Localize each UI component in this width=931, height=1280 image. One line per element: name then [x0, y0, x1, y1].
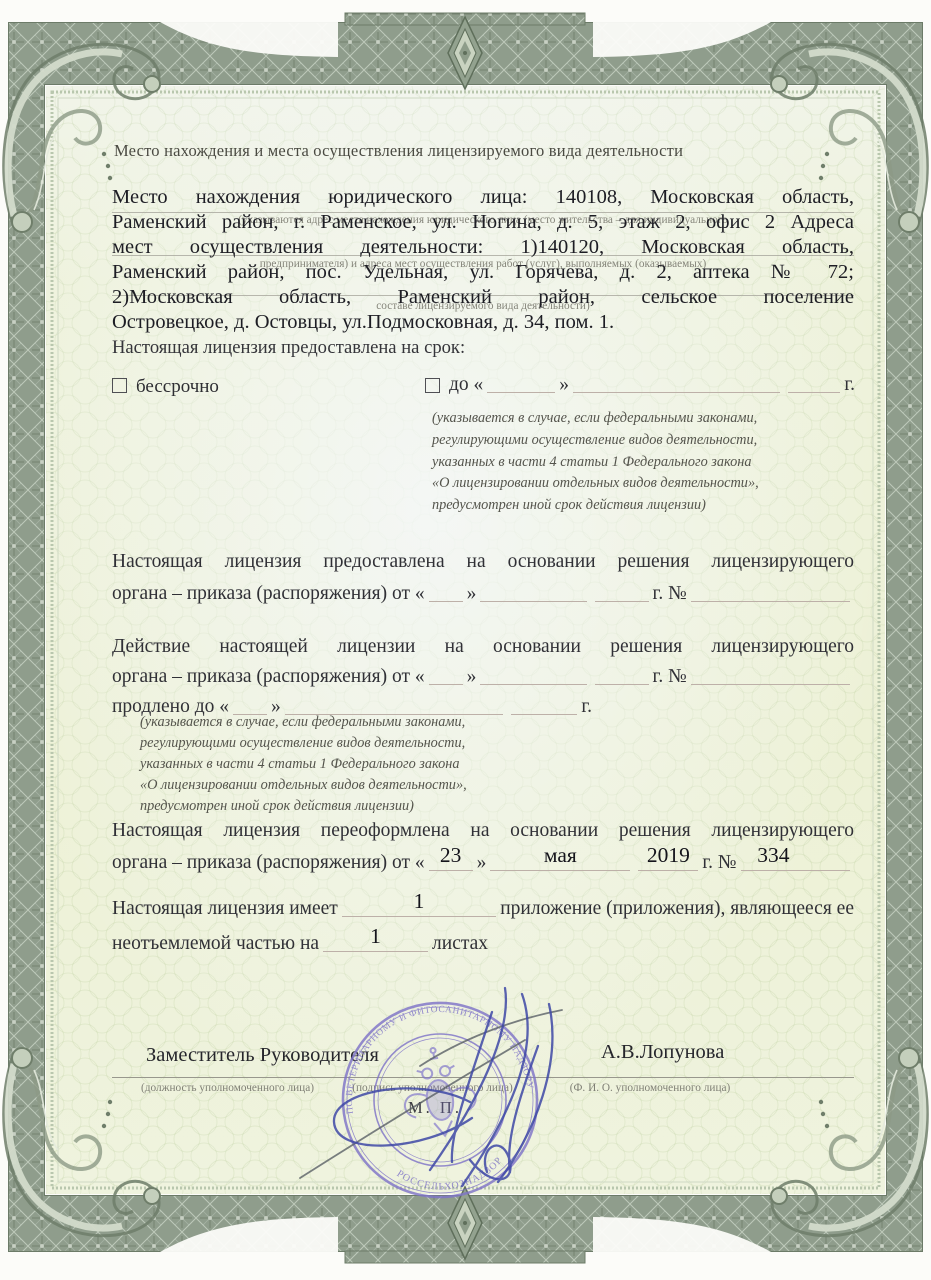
license-document-page: Место нахождения и места осуществления л… [0, 0, 931, 1280]
blank-field [691, 586, 850, 602]
position-caption: (должность уполномоченного лица) [115, 1082, 340, 1094]
blank-field [595, 669, 649, 685]
address-line: Островецкое, д. Остовцы, ул.Подмосковная… [112, 310, 854, 335]
checkbox-indefinite: бессрочно [112, 376, 219, 398]
blank-field: 23 [429, 855, 473, 871]
checkbox-until: до « » г. [425, 374, 855, 396]
blank-field [487, 377, 555, 393]
prolonged-line1: Действие настоящей лицензии на основании… [112, 636, 854, 658]
blank-field: 334 [741, 855, 850, 871]
checkbox-icon [112, 378, 127, 393]
address-line: Место нахождения юридического лица: 1401… [112, 185, 854, 210]
address-line: 2)Московская область, Раменский район, с… [112, 285, 854, 310]
reissue-month: мая [544, 843, 577, 868]
prolonged-line2: органа – приказа (распоряжения) от « » г… [112, 666, 854, 688]
attachments-line1: Настоящая лицензия имеет 1 приложение (п… [112, 898, 854, 920]
blank-field [511, 699, 577, 715]
blank-field: 1 [342, 901, 496, 917]
blank-field: 2019 [638, 855, 698, 871]
blank-field [480, 586, 586, 602]
blank-field [691, 669, 850, 685]
sheet-count: 1 [370, 924, 381, 949]
blank-field: мая [490, 855, 630, 871]
blank-field: 1 [323, 936, 428, 952]
blank-field [595, 586, 649, 602]
signature-rule [112, 1077, 854, 1078]
reissued-line2: органа – приказа (распоряжения) от « 23 … [112, 852, 854, 874]
prolonged-note: (указывается в случае, если федеральными… [140, 712, 480, 817]
blank-field [573, 377, 780, 393]
address-line: Раменский район, пос. Удельная, ул. Горя… [112, 260, 854, 285]
appendix-count: 1 [414, 889, 425, 914]
signature-name: А.В.Лопунова [601, 1041, 724, 1064]
address-line: мест осуществления деятельности: 1)14012… [112, 235, 854, 260]
blank-field [788, 377, 840, 393]
signature-position: Заместитель Руководителя [146, 1044, 379, 1067]
reissue-year: 2019 [647, 843, 690, 868]
attachments-line2: неотъемлемой частью на 1 листах [112, 933, 572, 955]
granted-line2: органа – приказа (распоряжения) от « » г… [112, 583, 854, 605]
seal-mark: М. П. [408, 1098, 462, 1118]
blank-field [480, 669, 586, 685]
term-note: (указывается в случае, если федеральными… [432, 408, 772, 517]
reissued-line1: Настоящая лицензия переоформлена на осно… [112, 820, 854, 842]
blank-field [429, 669, 463, 685]
address-line: Раменский район, г. Раменское, ул. Ногин… [112, 210, 854, 235]
checkbox-icon [425, 378, 440, 393]
name-caption: (Ф. И. О. уполномоченного лица) [545, 1082, 755, 1094]
page-title: Место нахождения и места осуществления л… [114, 141, 774, 161]
granted-line1: Настоящая лицензия предоставлена на осно… [112, 551, 854, 573]
reissue-day: 23 [440, 843, 462, 868]
term-section-label: Настоящая лицензия предоставлена на срок… [112, 337, 465, 359]
reissue-number: 334 [757, 843, 789, 868]
blank-field [429, 586, 463, 602]
sign-caption: (подпись уполномоченного лица) [345, 1082, 520, 1094]
